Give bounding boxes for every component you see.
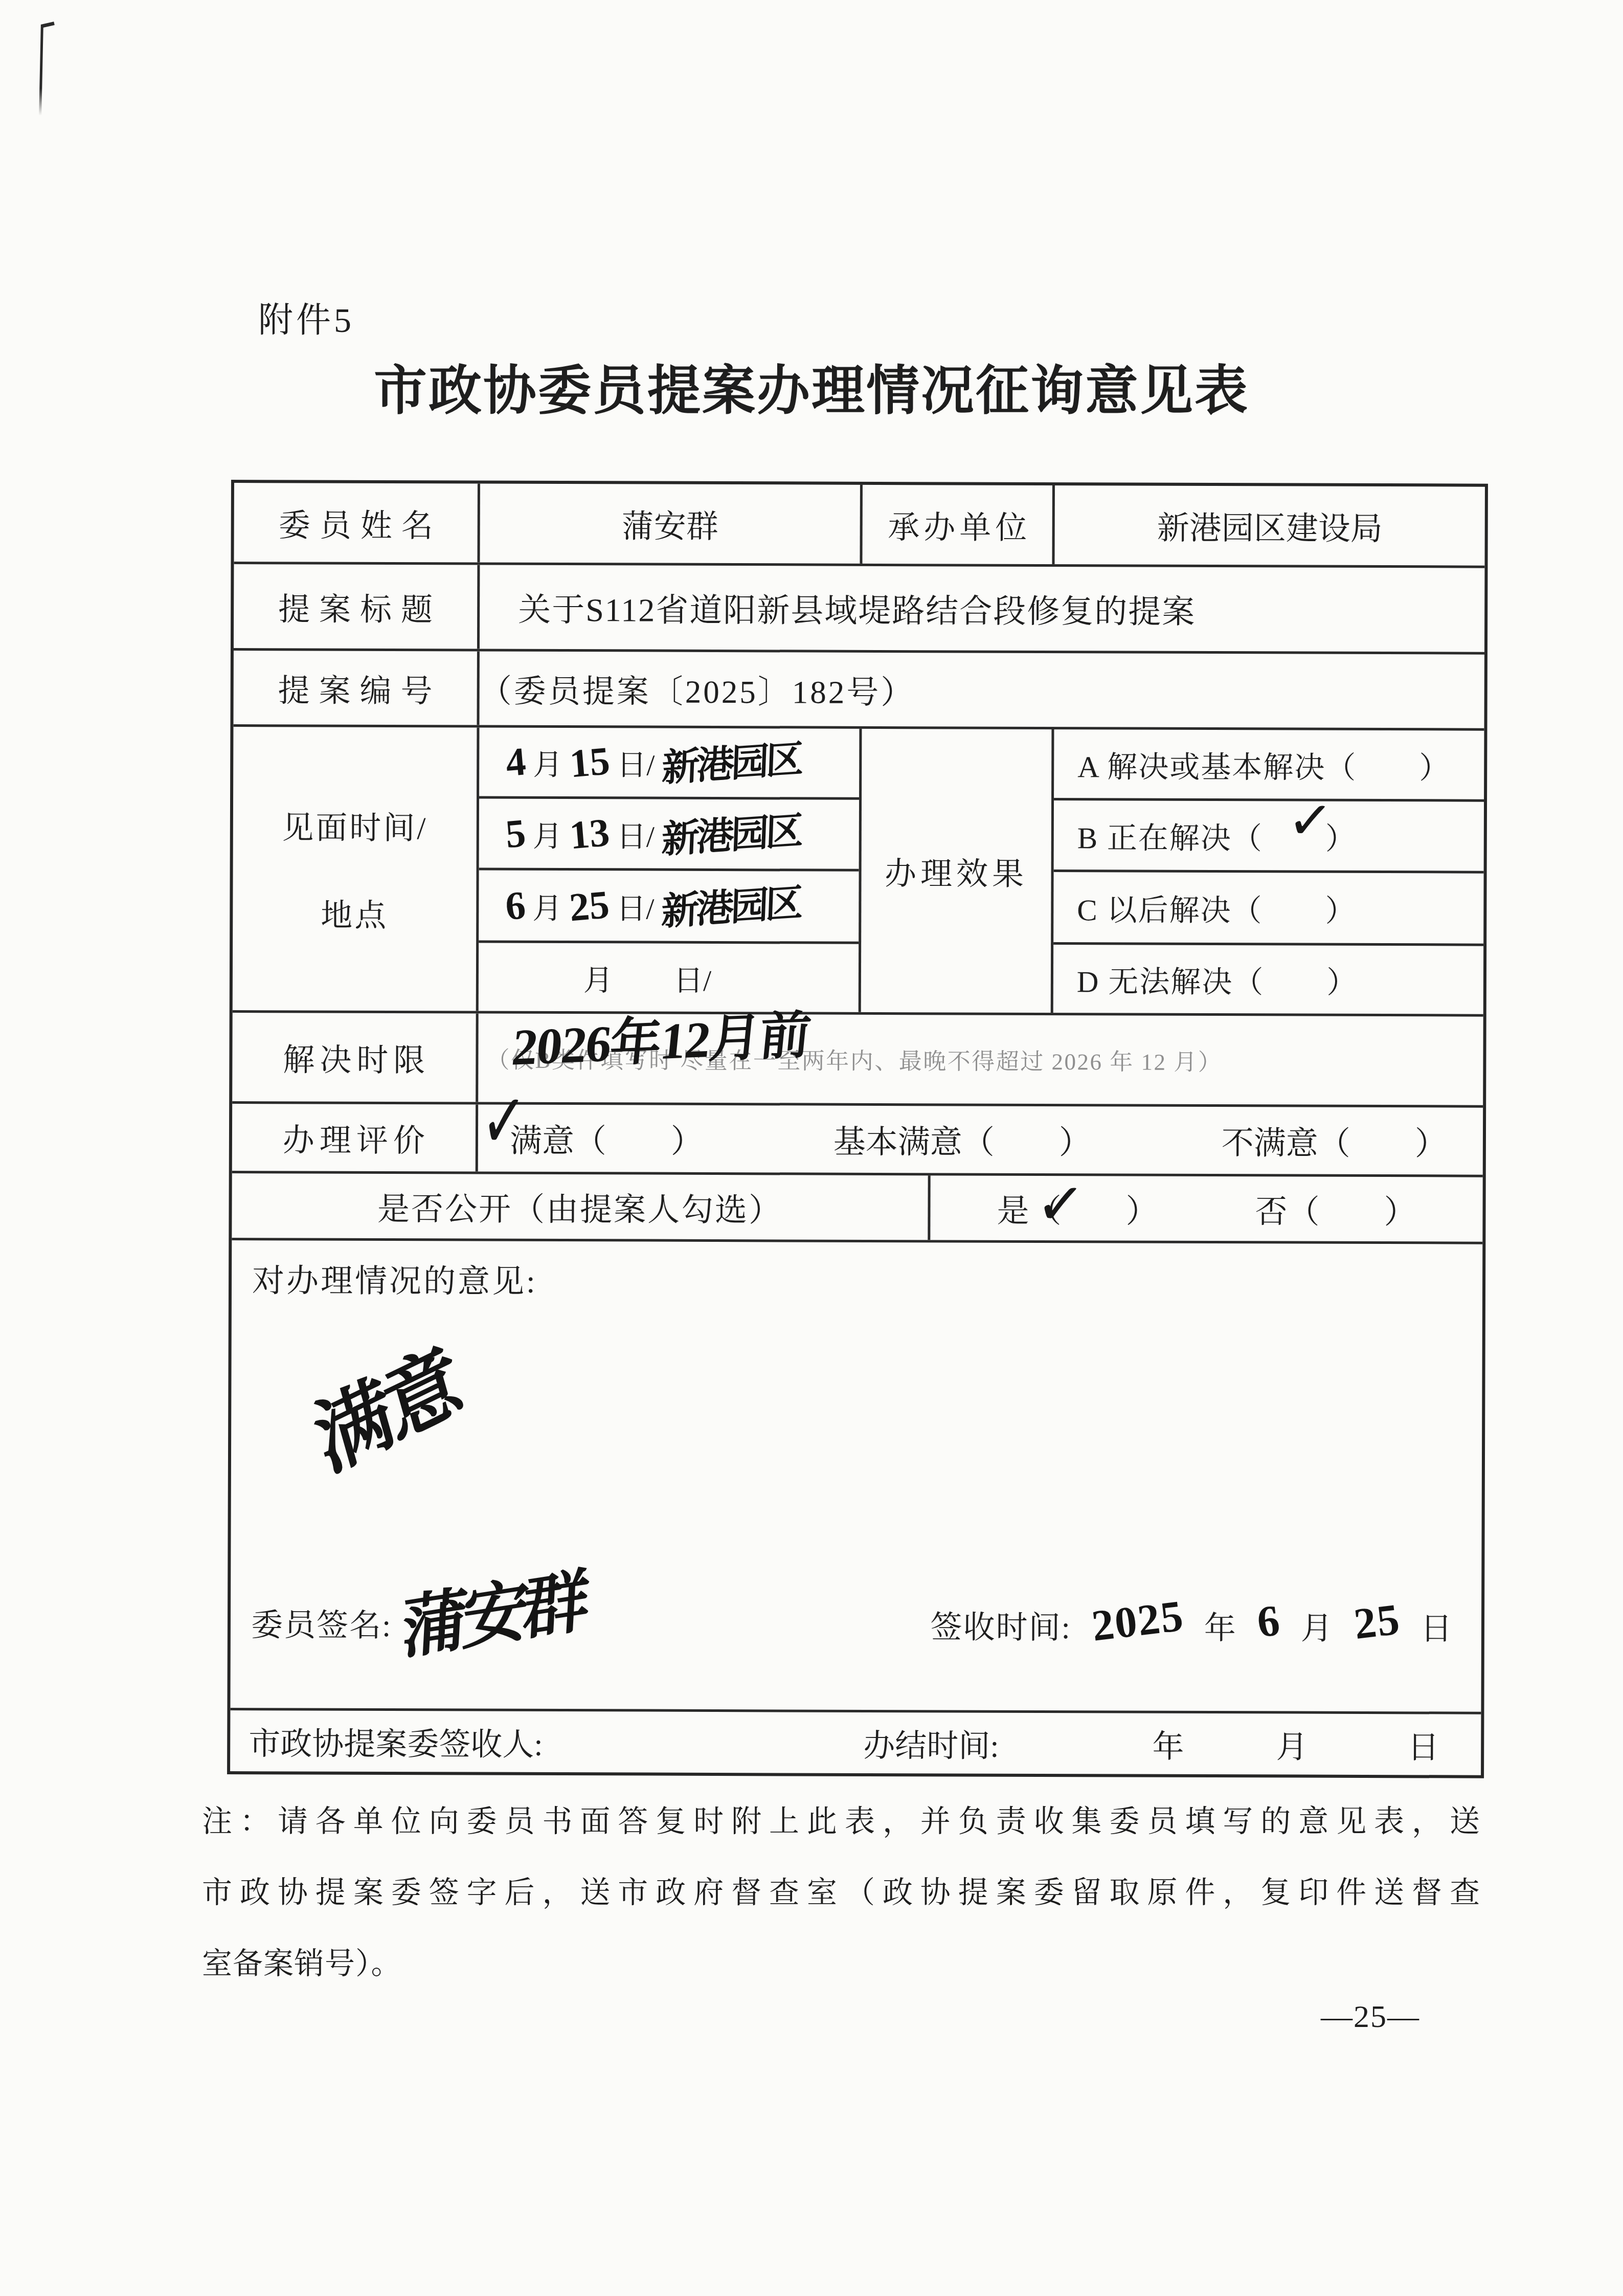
closing-month-suffix: 月 <box>1276 1721 1308 1767</box>
deadline-handwritten: 2026年12月前 <box>509 994 814 1080</box>
evaluation-option-unsatisfied: 不满意（ ） <box>1222 1117 1447 1164</box>
form-table: 委员姓名 蒲安群 承办单位 新港园区建设局 提案标题 关于S112省道阳新县域堤… <box>227 480 1488 1778</box>
publicity-no: 否（ ） <box>1255 1186 1416 1233</box>
meeting-2-place-handwritten: 新港园区 <box>661 800 801 864</box>
receipt-day-suffix: 日 <box>1421 1603 1453 1648</box>
publicity-yes-checkmark: ✓ <box>1034 1169 1088 1240</box>
scanned-form-page: 附件5 市政协委员提案办理情况征询意见表 委员姓名 蒲安群 承办单位 新港园区建… <box>0 0 1623 2296</box>
evaluation-satisfied-checkmark: ✓ <box>479 1072 528 1170</box>
footer-note-line2: 市政协提案委签字后，送市政府督查室（政协提案委留取原件，复印件送督查 <box>202 1857 1480 1928</box>
receipt-time-label: 签收时间: <box>931 1601 1072 1647</box>
meeting-label-line2: 地点 <box>321 890 388 935</box>
organizer-value: 新港园区建设局 <box>1052 485 1484 566</box>
closing-time: 办结时间: 年 月 日 <box>863 1720 1439 1768</box>
meeting-2-month-handwritten: 5 <box>504 810 527 857</box>
row-proposal-title: 提案标题 关于S112省道阳新县域堤路结合段修复的提案 <box>234 562 1485 652</box>
row-meetings-effect: 见面时间/ 地点 4 月 15 日/ 新港园区 5 月 13 <box>233 724 1484 1014</box>
effect-option-d: D 无法解决（ ） <box>1053 942 1483 1014</box>
meeting-rows: 4 月 15 日/ 新港园区 5 月 13 日/ 新港园区 6 <box>476 728 860 1012</box>
closing-time-label: 办结时间: <box>863 1720 999 1766</box>
meeting-label-line1: 见面时间/ <box>282 802 428 848</box>
day-suffix: 日/ <box>617 741 655 784</box>
effect-b-checkmark: ✓ <box>1286 788 1336 854</box>
receipt-year-handwritten: 2025 <box>1089 1590 1187 1652</box>
organizer-label: 承办单位 <box>860 485 1052 564</box>
effect-option-a: A 解决或基本解决（ ） <box>1054 729 1484 799</box>
day-suffix: 日/ <box>616 884 654 927</box>
evaluation-option-satisfied: 满意（ ） <box>510 1115 703 1162</box>
proposal-number-value: （委员提案〔2025〕182号） <box>477 652 1484 728</box>
row-opinion: 对办理情况的意见: 委员签名: 蒲安群 签收时间: 2025 年 6 月 25 … <box>230 1238 1482 1712</box>
publicity-label: 是否公开（由提案人勾选） <box>232 1173 928 1240</box>
meeting-time-place-label: 见面时间/ 地点 <box>233 727 477 1011</box>
meeting-3-place-handwritten: 新港园区 <box>661 872 801 936</box>
attachment-label: 附件5 <box>258 293 354 342</box>
meeting-row-1: 4 月 15 日/ 新港园区 <box>479 728 859 797</box>
receipt-year-suffix: 年 <box>1204 1602 1237 1648</box>
proposal-number-label: 提案编号 <box>233 651 477 725</box>
meeting-1-place-handwritten: 新港园区 <box>661 729 802 793</box>
month-suffix: 月 <box>532 884 562 927</box>
meeting-3-month-handwritten: 6 <box>504 882 527 929</box>
row-publicity: 是否公开（由提案人勾选） 是（ ） 否（ ） <box>232 1171 1482 1242</box>
proposal-title-label: 提案标题 <box>234 564 478 649</box>
month-suffix: 月 <box>533 812 562 855</box>
footer-note-line3: 室备案销号）。 <box>202 1928 1480 1999</box>
footer-note: 注：请各单位向委员书面答复时附上此表，并负责收集委员填写的意见表，送 市政协提案… <box>202 1786 1480 1999</box>
receipt-day-handwritten: 25 <box>1351 1593 1403 1649</box>
meeting-2-day-handwritten: 13 <box>568 809 611 858</box>
row-receiver: 市政协提案委签收人: 办结时间: 年 月 日 <box>230 1708 1481 1775</box>
member-name-value: 蒲安群 <box>477 484 860 564</box>
proposal-title-value: 关于S112省道阳新县域堤路结合段修复的提案 <box>477 565 1485 652</box>
opinion-cell: 对办理情况的意见: 委员签名: 蒲安群 签收时间: 2025 年 6 月 25 … <box>230 1240 1482 1712</box>
evaluation-option-basically-satisfied: 基本满意（ ） <box>833 1116 1091 1164</box>
meeting-1-day-handwritten: 15 <box>568 738 612 787</box>
page-number: —25— <box>1299 1999 1442 2035</box>
member-signature-handwritten: 蒲安群 <box>399 1545 587 1673</box>
deadline-label: 解决时限 <box>232 1013 476 1102</box>
closing-year-suffix: 年 <box>1152 1721 1184 1767</box>
evaluation-options: 满意（ ） 基本满意（ ） 不满意（ ） <box>476 1105 1483 1175</box>
receipt-month-handwritten: 6 <box>1254 1594 1283 1648</box>
scan-artifact-mark <box>39 25 43 116</box>
meeting-1-month-handwritten: 4 <box>504 738 528 786</box>
effect-option-c: C 以后解决（ ） <box>1053 870 1483 944</box>
row-proposal-number: 提案编号 （委员提案〔2025〕182号） <box>233 648 1484 728</box>
month-suffix: 月 <box>533 741 562 784</box>
day-suffix: 日/ <box>617 812 655 855</box>
receiver-label: 市政协提案委签收人: <box>249 1718 543 1765</box>
row-member-name: 委员姓名 蒲安群 承办单位 新港园区建设局 <box>234 483 1484 566</box>
meeting-row-3: 6 月 25 日/ 新港园区 <box>479 868 859 942</box>
meeting-row-2: 5 月 13 日/ 新港园区 <box>479 796 859 869</box>
publicity-choices: 是（ ） 否（ ） <box>928 1175 1482 1241</box>
receipt-month-suffix: 月 <box>1301 1603 1334 1648</box>
page-title: 市政协委员提案办理情况征询意见表 <box>0 348 1623 425</box>
opinion-label: 对办理情况的意见: <box>252 1255 537 1302</box>
row-deadline: 解决时限 （仅B类件填写时 尽量在一至两年内、最晚不得超过 2026 年 12 … <box>232 1010 1483 1105</box>
signature-line: 委员签名: 蒲安群 签收时间: 2025 年 6 月 25 日 <box>251 1588 1453 1660</box>
day-suffix: 日/ <box>673 956 711 999</box>
effect-label: 办理效果 <box>859 729 1052 1013</box>
row-evaluation: 办理评价 满意（ ） 基本满意（ ） 不满意（ ） <box>232 1101 1483 1175</box>
evaluation-label: 办理评价 <box>232 1104 476 1171</box>
receiver-cell: 市政协提案委签收人: 办结时间: 年 月 日 <box>230 1710 1481 1775</box>
effect-options: A 解决或基本解决（ ） B 正在解决（ ） C 以后解决（ ） D 无法解决（… <box>1051 729 1484 1014</box>
meeting-3-day-handwritten: 25 <box>568 881 611 930</box>
member-name-label: 委员姓名 <box>234 483 477 562</box>
month-suffix: 月 <box>583 956 613 999</box>
receipt-time: 签收时间: 2025 年 6 月 25 日 <box>931 1601 1454 1648</box>
member-signature-label: 委员签名: <box>251 1599 392 1645</box>
closing-day-suffix: 日 <box>1407 1722 1439 1767</box>
effect-option-b: B 正在解决（ ） <box>1054 798 1484 871</box>
footer-note-line1: 注：请各单位向委员书面答复时附上此表，并负责收集委员填写的意见表，送 <box>202 1786 1480 1857</box>
